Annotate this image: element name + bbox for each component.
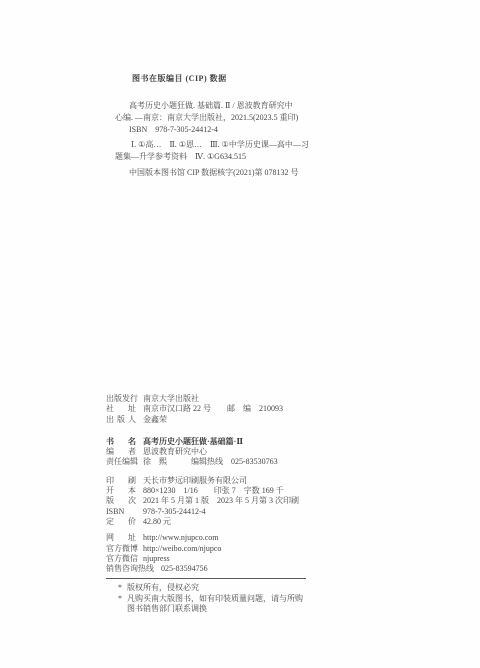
row-value: 978-7-305-24412-4	[143, 507, 206, 516]
row-value: 徐 熙 编辑热线 025-83530763	[143, 457, 278, 466]
row-value: 2021 年 5 月第 1 版 2023 年 5 月第 3 次印刷	[143, 496, 299, 505]
colophon-row-publisher-person: 出版人金鑫荣	[106, 415, 336, 425]
row-value: 天长市梦远印刷服务有限公司	[143, 476, 247, 485]
row-value: 高考历史小题狂做·基础篇·Ⅱ	[143, 437, 243, 446]
row-label: 销售咨询热线	[106, 564, 154, 574]
row-label: 编者	[106, 447, 136, 457]
row-label: 官方微博	[106, 544, 136, 554]
row-value: 南京市汉口路 22 号 邮 编 210093	[143, 404, 283, 413]
cip-line: 中国版本图书馆 CIP 数据核字(2021)第 078132 号	[115, 167, 325, 179]
row-value: 025-83594756	[161, 564, 208, 573]
colophon-row-printer: 印刷天长市梦远印刷服务有限公司	[106, 476, 336, 486]
colophon-row-book-title: 书名高考历史小题狂做·基础篇·Ⅱ	[106, 437, 336, 447]
row-label: 出版人	[106, 415, 136, 425]
row-value weibo-url: http://weibo.com/njupco	[143, 544, 221, 553]
cip-line: 题集—升学参考资料 Ⅳ. ①G634.515	[115, 151, 325, 163]
cip-line: ISBN 978-7-305-24412-4	[115, 124, 325, 136]
row-label: 出版发行	[106, 394, 136, 404]
row-value: 金鑫荣	[143, 415, 167, 424]
row-value: 42.80 元	[143, 517, 171, 526]
row-label: 社址	[106, 404, 136, 414]
scanned-book-page: 图书在版编目 (CIP) 数据 高考历史小题狂做. 基础篇. Ⅱ / 恩波教育研…	[0, 0, 480, 668]
row-label: 书名	[106, 437, 136, 447]
row-label: 定价	[106, 517, 136, 527]
row-label: ISBN	[106, 507, 136, 517]
note-item: * 版权所有，侵权必究	[118, 583, 308, 593]
colophon-block: 出版发行南京大学出版社 社址南京市汉口路 22 号 邮 编 210093 出版人…	[106, 394, 336, 614]
asterisk-bullet: *	[118, 594, 127, 615]
colophon-row-publisher: 出版发行南京大学出版社	[106, 394, 336, 404]
row-value website-url: http://www.njupco.com	[143, 533, 218, 542]
colophon-row-edition: 版次2021 年 5 月第 1 版 2023 年 5 月第 3 次印刷	[106, 496, 336, 506]
row-value: 880×1230 1/16 印张 7 字数 169 千	[143, 486, 284, 495]
note-text: 凡购买南大版图书，如有印装质量问题，请与所购图书销售部门联系调换	[127, 594, 308, 615]
colophon-row-editor: 编者恩波教育研究中心	[106, 447, 336, 457]
row-label: 版次	[106, 496, 136, 506]
colophon-row-wechat: 官方微信njupress	[106, 554, 336, 564]
row-value: 恩波教育研究中心	[143, 447, 207, 456]
cip-line: 高考历史小题狂做. 基础篇. Ⅱ / 恩波教育研究中	[115, 100, 325, 112]
row-label: 官方微信	[106, 554, 136, 564]
cip-block: 图书在版编目 (CIP) 数据 高考历史小题狂做. 基础篇. Ⅱ / 恩波教育研…	[115, 73, 325, 179]
note-text: 版权所有，侵权必究	[127, 583, 308, 593]
row-label: 网址	[106, 533, 136, 543]
asterisk-bullet: *	[118, 583, 127, 593]
divider-line	[106, 578, 306, 579]
row-value: 南京大学出版社	[143, 394, 199, 403]
colophon-row-price: 定价42.80 元	[106, 517, 336, 527]
cip-heading: 图书在版编目 (CIP) 数据	[132, 73, 325, 84]
note-item: * 凡购买南大版图书，如有印装质量问题，请与所购图书销售部门联系调换	[118, 594, 308, 615]
row-label: 责任编辑	[106, 457, 136, 467]
colophon-row-responsible-editor: 责任编辑徐 熙 编辑热线 025-83530763	[106, 457, 336, 467]
colophon-row-isbn: ISBN978-7-305-24412-4	[106, 507, 336, 517]
colophon-row-sales-hotline: 销售咨询热线025-83594756	[106, 564, 336, 574]
row-label: 印刷	[106, 476, 136, 486]
cip-line: 心编. —南京：南京大学出版社，2021.5(2023.5 重印)	[115, 112, 325, 124]
copyright-notes: * 版权所有，侵权必究 * 凡购买南大版图书，如有印装质量问题，请与所购图书销售…	[118, 583, 308, 614]
colophon-row-format: 开本880×1230 1/16 印张 7 字数 169 千	[106, 486, 336, 496]
row-value: njupress	[143, 554, 170, 563]
cip-line: Ⅰ. ①高… Ⅱ. ①恩… Ⅲ. ①中学历史课—高中—习	[115, 139, 325, 151]
colophon-row-address: 社址南京市汉口路 22 号 邮 编 210093	[106, 404, 336, 414]
row-label: 开本	[106, 486, 136, 496]
colophon-row-website: 网址http://www.njupco.com	[106, 533, 336, 543]
colophon-row-weibo: 官方微博http://weibo.com/njupco	[106, 544, 336, 554]
